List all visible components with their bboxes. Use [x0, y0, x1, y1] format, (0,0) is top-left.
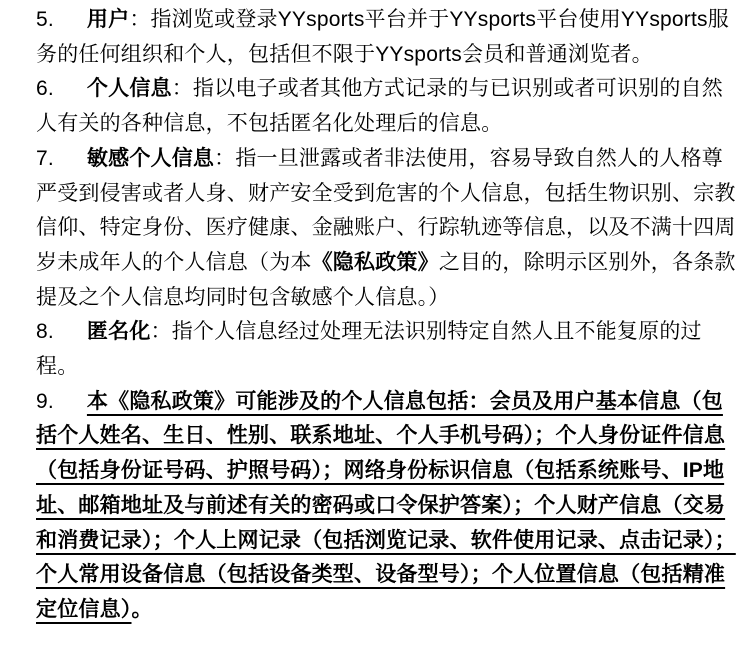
- term-label: 个人信息: [87, 77, 172, 100]
- privacy-policy-document: 5.用户：指浏览或登录YYsports平台并于YYsports平台使用YYspo…: [0, 0, 750, 660]
- item-number: 6.: [36, 72, 54, 107]
- policy-item-8: 8.匿名化：指个人信息经过处理无法识别特定自然人且不能复原的过程。: [36, 315, 736, 384]
- item-number: 7.: [36, 142, 54, 177]
- term-label: 用户: [87, 8, 129, 31]
- item-number: 5.: [36, 3, 54, 38]
- term-label: 敏感个人信息: [87, 147, 214, 170]
- policy-item-7: 7.敏感个人信息：指一旦泄露或者非法使用，容易导致自然人的人格尊严受到侵害或者人…: [36, 142, 736, 316]
- sentence-period: 。: [132, 598, 153, 621]
- definition-text: ：指浏览或登录YYsports平台并于YYsports平台使用YYsports服…: [36, 8, 729, 66]
- policy-ref: 《隐私政策》: [312, 251, 439, 274]
- policy-item-6: 6.个人信息：指以电子或者其他方式记录的与已识别或者可识别的自然人有关的各种信息…: [36, 72, 736, 141]
- policy-item-9: 9.本《隐私政策》可能涉及的个人信息包括：会员及用户基本信息（包括个人姓名、生日…: [36, 385, 736, 628]
- item-number: 9.: [36, 385, 54, 420]
- policy-term-list: 5.用户：指浏览或登录YYsports平台并于YYsports平台使用YYspo…: [36, 3, 736, 628]
- personal-info-scope: 本《隐私政策》可能涉及的个人信息包括：会员及用户基本信息（包括个人姓名、生日、性…: [36, 390, 736, 621]
- item-number: 8.: [36, 315, 54, 350]
- term-label: 匿名化: [87, 320, 151, 343]
- policy-item-5: 5.用户：指浏览或登录YYsports平台并于YYsports平台使用YYspo…: [36, 3, 736, 72]
